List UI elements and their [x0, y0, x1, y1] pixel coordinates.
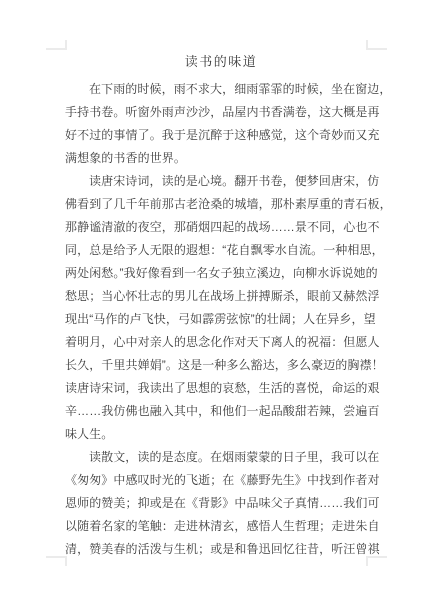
text-line: 那静谧清澈的夜空，那硝烟四起的战场……景不同，心也不 [65, 216, 377, 239]
document-body: 读书的味道 在下雨的时候，雨不求大，细雨霏霏的时候，坐在窗边， 手持书卷。听窗外… [65, 53, 377, 561]
text-line: 现出“马作的卢飞快，弓如霹雳弦惊”的壮阔；人在异乡，望 [65, 308, 377, 331]
text-line: 好不过的事情了。我于是沉醉于这种感觉，这个奇妙而又充 [65, 124, 377, 147]
text-line: 清，赞美春的活泼与生机；或是和鲁迅回忆往昔，听汪曾祺 [65, 538, 377, 561]
margin-mark-bottom-left-icon [46, 556, 67, 566]
margin-mark-top-right-icon [366, 40, 387, 50]
margin-mark-top-left-icon [46, 40, 67, 50]
text-line: 读唐宋诗词，读的是心境。翻开书卷，便梦回唐宋，仿 [65, 170, 377, 193]
text-line: 满想象的书香的世界。 [65, 147, 377, 170]
paragraph-2: 读唐宋诗词，读的是心境。翻开书卷，便梦回唐宋，仿 佛看到了几千年前那古老沧桑的城… [65, 170, 377, 446]
paragraph-1: 在下雨的时候，雨不求大，细雨霏霏的时候，坐在窗边， 手持书卷。听窗外雨声沙沙，品… [65, 78, 377, 170]
document-page: 读书的味道 在下雨的时候，雨不求大，细雨霏霏的时候，坐在窗边， 手持书卷。听窗外… [0, 0, 431, 600]
text-line: 《匆匆》中感叹时光的飞逝；在《藤野先生》中找到作者对 [65, 469, 377, 492]
text-line: 读散文，读的是态度。在烟雨蒙蒙的日子里，我可以在 [65, 446, 377, 469]
text-line: 佛看到了几千年前那古老沧桑的城墙，那朴素厚重的青石板， [65, 193, 377, 216]
text-line: 恩师的赞美；抑或是在《背影》中品味父子真情……我们可 [65, 492, 377, 515]
text-line: 两处闲愁。”我好像看到一名女子独立溪边，向柳水诉说她的 [65, 262, 377, 285]
text-line: 在下雨的时候，雨不求大，细雨霏霏的时候，坐在窗边， [65, 78, 377, 101]
text-line: 同，总是给予人无限的遐想：“花自飘零水自流。一种相思， [65, 239, 377, 262]
text-line: 长久，千里共婵娟”。这是一种多么豁达，多么豪迈的胸襟！ [65, 354, 377, 377]
text-line: 着明月，心中对亲人的思念化作对天下离人的祝福：但愿人 [65, 331, 377, 354]
text-line: 以随着名家的笔触：走进林清玄，感悟人生哲理；走进朱自 [65, 515, 377, 538]
text-line: 辛……我仿佛也融入其中，和他们一起品酸甜若辣，尝遍百 [65, 400, 377, 423]
text-line: 味人生。 [65, 423, 377, 446]
text-line: 手持书卷。听窗外雨声沙沙，品屋内书香满卷，这大概是再 [65, 101, 377, 124]
paragraph-3: 读散文，读的是态度。在烟雨蒙蒙的日子里，我可以在 《匆匆》中感叹时光的飞逝；在《… [65, 446, 377, 561]
page-title: 读书的味道 [65, 53, 377, 70]
text-line: 愁思；当心怀壮志的男儿在战场上拼搏厮杀，眼前又赫然浮 [65, 285, 377, 308]
text-line: 读唐诗宋词，我读出了思想的哀愁，生活的喜悦，命运的艰 [65, 377, 377, 400]
